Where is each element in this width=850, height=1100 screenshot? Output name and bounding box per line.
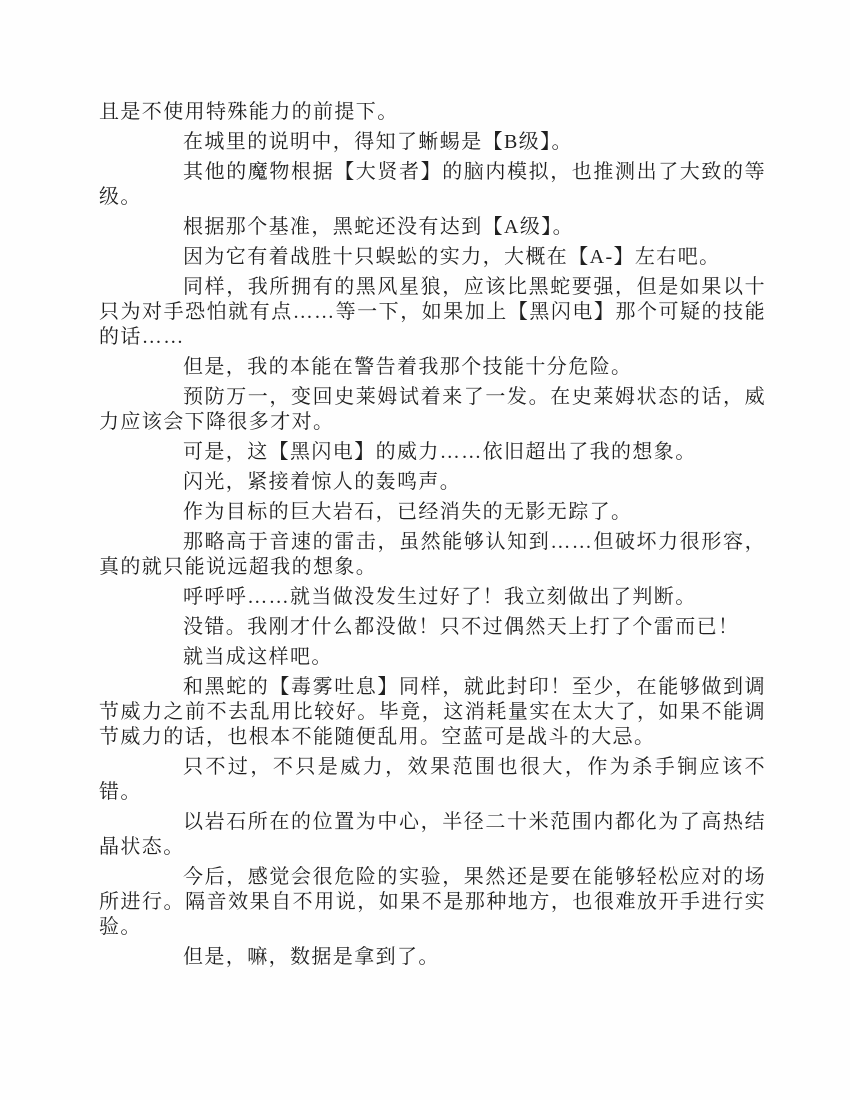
paragraph: 可是，这【黑闪电】的威力……依旧超出了我的想象。 <box>99 440 766 465</box>
paragraph: 预防万一，变回史莱姆试着来了一发。在史莱姆状态的话，威力应该会下降很多才对。 <box>99 385 766 435</box>
paragraph: 没错。我刚才什么都没做！只不过偶然天上打了个雷而已！ <box>99 615 766 640</box>
paragraph: 就当成这样吧。 <box>99 645 766 670</box>
paragraph: 但是，嘛，数据是拿到了。 <box>99 945 766 970</box>
paragraph: 那略高于音速的雷击，虽然能够认知到……但破坏力很形容，真的就只能说远超我的想象。 <box>99 530 766 580</box>
paragraph: 但是，我的本能在警告着我那个技能十分危险。 <box>99 355 766 380</box>
paragraph: 根据那个基准，黑蛇还没有达到【A级】。 <box>99 215 766 240</box>
paragraph: 以岩石所在的位置为中心，半径二十米范围内都化为了高热结晶状态。 <box>99 810 766 860</box>
paragraph: 因为它有着战胜十只蜈蚣的实力，大概在【A-】左右吧。 <box>99 245 766 270</box>
text-content: 且是不使用特殊能力的前提下。 在城里的说明中，得知了蜥蜴是【B级】。 其他的魔物… <box>99 100 766 970</box>
paragraph: 呼呼呼……就当做没发生过好了！我立刻做出了判断。 <box>99 585 766 610</box>
paragraph: 作为目标的巨大岩石，已经消失的无影无踪了。 <box>99 500 766 525</box>
paragraph: 只不过，不只是威力，效果范围也很大，作为杀手锏应该不错。 <box>99 755 766 805</box>
paragraph: 和黑蛇的【毒雾吐息】同样，就此封印！至少，在能够做到调节威力之前不去乱用比较好。… <box>99 675 766 750</box>
paragraph: 闪光，紧接着惊人的轰鸣声。 <box>99 470 766 495</box>
paragraph: 其他的魔物根据【大贤者】的脑内模拟，也推测出了大致的等级。 <box>99 160 766 210</box>
paragraph: 同样，我所拥有的黑风星狼，应该比黑蛇要强，但是如果以十只为对手恐怕就有点……等一… <box>99 275 766 350</box>
document-page: 且是不使用特殊能力的前提下。 在城里的说明中，得知了蜥蜴是【B级】。 其他的魔物… <box>0 0 850 1100</box>
paragraph: 在城里的说明中，得知了蜥蜴是【B级】。 <box>99 130 766 155</box>
paragraph: 且是不使用特殊能力的前提下。 <box>99 100 766 125</box>
paragraph: 今后，感觉会很危险的实验，果然还是要在能够轻松应对的场所进行。隔音效果自不用说，… <box>99 865 766 940</box>
